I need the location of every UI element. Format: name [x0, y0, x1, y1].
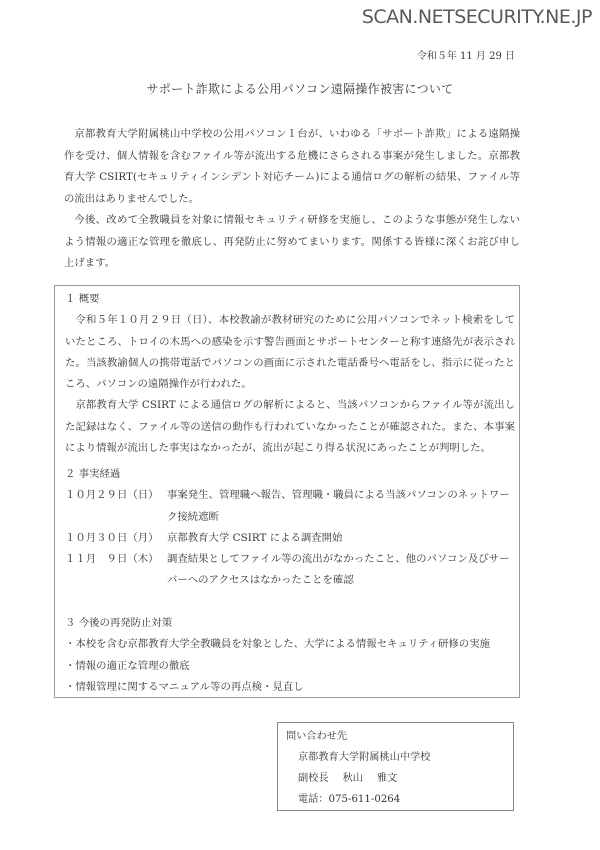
contact-organization: 京都教育大学附属桃山中学校: [286, 747, 513, 768]
timeline-date: １１月 ９日（木）: [65, 549, 167, 592]
contact-position: 副校長: [298, 768, 329, 789]
contact-given-name: 雅文: [377, 768, 397, 789]
section-heading: ２ 事実経過: [65, 464, 515, 485]
overview-section: １ 概要 令和５年１０月２９日（日）、本校教諭が教材研究のために公用パソコンでネ…: [65, 289, 515, 459]
overview-paragraph: 京都教育大学 CSIRT による通信ログの解析によると、当該パソコンからファイル…: [65, 395, 515, 459]
timeline-entry: １０月３０日（月） 京都教育大学 CSIRT による調査開始: [65, 528, 515, 549]
timeline-text: 事案発生、管理職へ報告、管理職・職員による当該パソコンのネットワーク接続遮断: [167, 485, 515, 528]
contact-person: 副校長秋山雅文: [286, 768, 513, 789]
contact-heading: 問い合わせ先: [286, 726, 513, 747]
timeline-date: １０月２９日（日）: [65, 485, 167, 528]
timeline-text: 京都教育大学 CSIRT による調査開始: [167, 528, 515, 549]
prevention-item: ・本校を含む京都教育大学全教職員を対象とした、大学による情報セキュリティ研修の実…: [65, 634, 515, 655]
timeline-date: １０月３０日（月）: [65, 528, 167, 549]
section-heading: ３ 今後の再発防止対策: [65, 613, 515, 634]
intro-paragraph: 京都教育大学附属桃山中学校の公用パソコン１台が、いわゆる「サポート詐欺」による遠…: [64, 124, 520, 210]
document-title: サポート詐欺による公用パソコン遠隔操作被害について: [0, 80, 600, 97]
prevention-section: ３ 今後の再発防止対策 ・本校を含む京都教育大学全教職員を対象とした、大学による…: [65, 613, 515, 698]
overview-paragraph: 令和５年１０月２９日（日）、本校教諭が教材研究のために公用パソコンでネット検索を…: [65, 310, 515, 395]
timeline-text: 調査結果としてファイル等の流出がなかったこと、他のパソコン及びサーバーへのアクセ…: [167, 549, 515, 592]
timeline-section: ２ 事実経過 １０月２９日（日） 事案発生、管理職へ報告、管理職・職員による当該…: [65, 464, 515, 592]
intro-paragraph: 今後、改めて全教職員を対象に情報セキュリティ研修を実施し、このような事態が発生し…: [64, 210, 520, 275]
prevention-item: ・情報管理に関するマニュアル等の再点検・見直し: [65, 677, 515, 698]
contact-surname: 秋山: [343, 768, 363, 789]
timeline-entry: １１月 ９日（木） 調査結果としてファイル等の流出がなかったこと、他のパソコン及…: [65, 549, 515, 592]
contact-box: 問い合わせ先 京都教育大学附属桃山中学校 副校長秋山雅文 電話：075-611-…: [277, 722, 514, 811]
document-date: 令和５年 11 月 29 日: [417, 47, 515, 62]
intro-section: 京都教育大学附属桃山中学校の公用パソコン１台が、いわゆる「サポート詐欺」による遠…: [64, 124, 520, 275]
details-box: １ 概要 令和５年１０月２９日（日）、本校教諭が教材研究のために公用パソコンでネ…: [54, 285, 520, 698]
site-watermark: SCAN.NETSECURITY.NE.JP: [362, 6, 592, 28]
prevention-item: ・情報の適正な管理の徹底: [65, 656, 515, 677]
timeline-entry: １０月２９日（日） 事案発生、管理職へ報告、管理職・職員による当該パソコンのネッ…: [65, 485, 515, 528]
section-heading: １ 概要: [65, 289, 515, 310]
contact-phone: 電話：075-611-0264: [286, 789, 513, 810]
